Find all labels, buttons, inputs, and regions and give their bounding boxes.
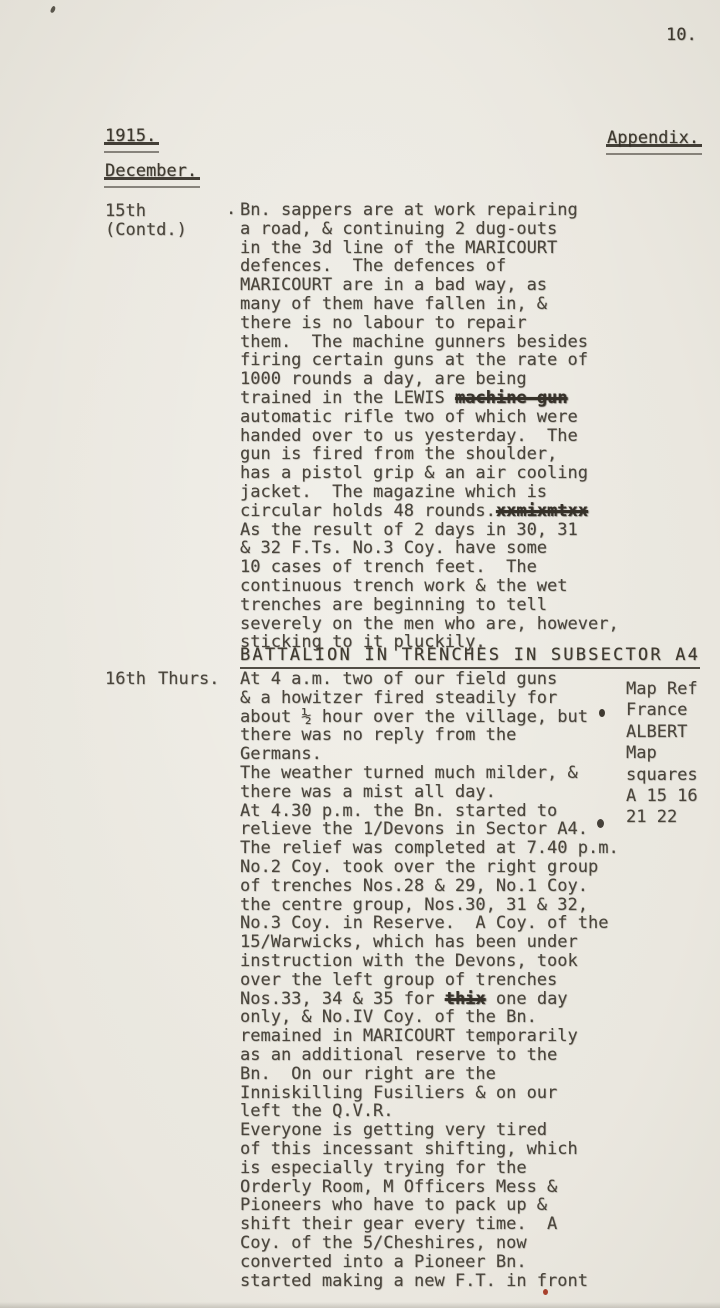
diary-text-line: shift their gear every time. A — [240, 1215, 619, 1234]
diary-text-line: No.3 Coy. in Reserve. A Coy. of the — [240, 914, 619, 933]
text-segment: there is no labour to repair — [240, 313, 527, 333]
diary-text-line: many of them have fallen in, & — [240, 295, 619, 314]
diary-text-line: defences. The defences of — [240, 257, 619, 276]
margin-note-map-ref: Map RefFranceALBERTMapsquaresA 15 1621 2… — [626, 679, 698, 829]
diary-text-line: left the Q.V.R. — [240, 1102, 619, 1121]
diary-entry-16th-text: At 4 a.m. two of our field guns& a howit… — [240, 670, 619, 1290]
text-segment: Everyone is getting very tired — [240, 1120, 547, 1140]
appendix-text: Appendix. — [607, 129, 699, 148]
text-segment: has a pistol grip & an air cooling — [240, 463, 588, 483]
section-heading-text: BATTALION IN TRENCHES IN SUBSECTOR A4 — [240, 645, 700, 669]
text-segment: Germans. — [240, 744, 322, 764]
diary-text-line: Germans. — [240, 745, 619, 764]
entry-day-thurs: Thurs. — [158, 670, 219, 689]
appendix-label: Appendix. — [607, 129, 699, 148]
text-segment: many of them have fallen in, & — [240, 294, 547, 314]
diary-text-line: continuous trench work & the wet — [240, 577, 619, 596]
text-segment: over the left group of trenches — [240, 970, 557, 990]
text-segment: At 4 a.m. two of our field guns — [240, 669, 557, 689]
text-segment: Coy. of the 5/Cheshires, now — [240, 1233, 527, 1253]
text-segment: converted into a Pioneer Bn. — [240, 1252, 527, 1272]
text-segment: No.3 Coy. in Reserve. A Coy. of the — [240, 913, 608, 933]
text-segment: & 32 F.Ts. No.3 Coy. have some — [240, 538, 547, 558]
text-segment: automatic rifle two of which were — [240, 407, 578, 427]
diary-text-line: At 4 a.m. two of our field guns — [240, 670, 619, 689]
ink-blob-margin-1 — [599, 709, 605, 717]
diary-text-line: severely on the men who are, however, — [240, 615, 619, 634]
year-label: 1915. — [105, 127, 156, 146]
diary-text-line: has a pistol grip & an air cooling — [240, 464, 619, 483]
text-segment: 1000 rounds a day, are being — [240, 369, 527, 389]
diary-text-line: in the 3d line of the MARICOURT — [240, 239, 619, 258]
text-segment: only, & No.IV Coy. of the Bn. — [240, 1007, 537, 1027]
diary-text-line: there is no labour to repair — [240, 314, 619, 333]
text-segment: shift their gear every time. A — [240, 1214, 557, 1234]
diary-text-line: firing certain guns at the rate of — [240, 351, 619, 370]
section-heading: BATTALION IN TRENCHES IN SUBSECTOR A4 — [240, 646, 700, 665]
diary-text-line: MARICOURT are in a bad way, as — [240, 276, 619, 295]
diary-text-line: The weather turned much milder, & — [240, 764, 619, 783]
year-text: 1915. — [105, 127, 156, 146]
diary-text-line: of trenches Nos.28 & 29, No.1 Coy. — [240, 877, 619, 896]
diary-text-line: is especially trying for the — [240, 1159, 619, 1178]
diary-text-line: there was no reply from the — [240, 726, 619, 745]
diary-text-line: handed over to us yesterday. The — [240, 427, 619, 446]
stray-dot: . — [226, 200, 236, 219]
diary-text-line: 10 cases of trench feet. The — [240, 558, 619, 577]
ink-blob-margin-2 — [597, 819, 604, 828]
month-label: December. — [105, 162, 197, 181]
text-segment: one day — [486, 989, 568, 1009]
margin-note-line: France — [626, 700, 698, 721]
text-segment: gun is fired from the shoulder, — [240, 444, 557, 464]
text-segment: handed over to us yesterday. The — [240, 426, 578, 446]
diary-text-line: only, & No.IV Coy. of the Bn. — [240, 1008, 619, 1027]
text-segment: circular holds 48 rounds. — [240, 501, 496, 521]
diary-text-line: & 32 F.Ts. No.3 Coy. have some — [240, 539, 619, 558]
diary-text-line: over the left group of trenches — [240, 971, 619, 990]
margin-note-line: Map — [626, 743, 698, 764]
diary-text-line: remained in MARICOURT temporarily — [240, 1027, 619, 1046]
text-segment: & a howitzer fired steadily for — [240, 688, 557, 708]
text-segment: 15/Warwicks, which has been under — [240, 932, 578, 952]
diary-text-line: As the result of 2 days in 30, 31 — [240, 521, 619, 540]
diary-text-line: automatic rifle two of which were — [240, 408, 619, 427]
diary-text-line: jacket. The magazine which is — [240, 483, 619, 502]
text-segment: there was a mist all day. — [240, 782, 496, 802]
text-segment: jacket. The magazine which is — [240, 482, 547, 502]
diary-text-line: Inniskilling Fusiliers & on our — [240, 1084, 619, 1103]
margin-note-line: ALBERT — [626, 722, 698, 743]
text-segment: The relief was completed at 7.40 p.m. — [240, 838, 619, 858]
text-segment: firing certain guns at the rate of — [240, 350, 588, 370]
diary-text-line: started making a new F.T. in front — [240, 1272, 619, 1291]
text-segment: the centre group, Nos.30, 31 & 32, — [240, 895, 588, 915]
diary-text-line: 1000 rounds a day, are being — [240, 370, 619, 389]
text-segment: in the 3d line of the MARICOURT — [240, 238, 557, 258]
text-segment: The weather turned much milder, & — [240, 763, 578, 783]
entry-date-16th: 16th — [105, 670, 146, 689]
text-segment: them. The machine gunners besides — [240, 332, 588, 352]
text-segment: As the result of 2 days in 30, 31 — [240, 520, 578, 540]
text-segment: is especially trying for the — [240, 1158, 527, 1178]
text-segment: a road, & continuing 2 dug-outs — [240, 219, 557, 239]
struck-text: machine gun — [455, 388, 568, 408]
text-segment: MARICOURT are in a bad way, as — [240, 275, 547, 295]
page-number: 10. — [666, 26, 697, 45]
diary-text-line: of this incessant shifting, which — [240, 1140, 619, 1159]
text-segment: started making a new F.T. in front — [240, 1271, 588, 1291]
diary-text-line: the centre group, Nos.30, 31 & 32, — [240, 896, 619, 915]
diary-text-line: Nos.33, 34 & 35 for thix one day — [240, 990, 619, 1009]
diary-text-line: them. The machine gunners besides — [240, 333, 619, 352]
diary-text-line: gun is fired from the shoulder, — [240, 445, 619, 464]
struck-text: thix — [445, 989, 486, 1009]
text-segment: defences. The defences of — [240, 256, 506, 276]
diary-text-line: 15/Warwicks, which has been under — [240, 933, 619, 952]
text-segment: of this incessant shifting, which — [240, 1139, 578, 1159]
text-segment: severely on the men who are, however, — [240, 614, 619, 634]
month-text: December. — [105, 162, 197, 181]
diary-text-line: trenches are beginning to tell — [240, 596, 619, 615]
text-segment: Orderly Room, M Officers Mess & — [240, 1177, 557, 1197]
text-segment: 10 cases of trench feet. The — [240, 557, 537, 577]
text-segment: Pioneers who have to pack up & — [240, 1195, 547, 1215]
diary-page: 10. 1915. Appendix. December. 15th (Cont… — [0, 0, 720, 1308]
margin-note-line: 21 22 — [626, 807, 698, 828]
scan-edge-bottom — [0, 1302, 720, 1308]
diary-text-line: a road, & continuing 2 dug-outs — [240, 220, 619, 239]
text-segment: Nos.33, 34 & 35 for — [240, 989, 445, 1009]
diary-text-line: Bn. sappers are at work repairing — [240, 201, 619, 220]
ink-speck-top-left — [50, 5, 57, 13]
text-segment: At 4.30 p.m. the Bn. started to — [240, 801, 557, 821]
margin-note-line: A 15 16 — [626, 786, 698, 807]
text-segment: trenches are beginning to tell — [240, 595, 547, 615]
diary-text-line: Orderly Room, M Officers Mess & — [240, 1178, 619, 1197]
diary-text-line: circular holds 48 rounds.xxmixmtxx — [240, 502, 619, 521]
diary-text-line: Bn. On our right are the — [240, 1065, 619, 1084]
diary-text-line: as an additional reserve to the — [240, 1046, 619, 1065]
diary-text-line: Everyone is getting very tired — [240, 1121, 619, 1140]
diary-text-line: about ½ hour over the village, but — [240, 708, 619, 727]
text-segment: Bn. On our right are the — [240, 1064, 496, 1084]
diary-text-line: there was a mist all day. — [240, 783, 619, 802]
diary-text-line: At 4.30 p.m. the Bn. started to — [240, 802, 619, 821]
diary-entry-15th-text: Bn. sappers are at work repairinga road,… — [240, 201, 619, 652]
text-segment: as an additional reserve to the — [240, 1045, 557, 1065]
text-segment: about ½ hour over the village, but — [240, 707, 588, 727]
margin-note-line: Map Ref — [626, 679, 698, 700]
struck-text: xxmixmtxx — [496, 501, 588, 521]
entry-date-contd: (Contd.) — [105, 221, 187, 240]
text-segment: Inniskilling Fusiliers & on our — [240, 1083, 557, 1103]
text-segment: continuous trench work & the wet — [240, 576, 568, 596]
diary-text-line: trained in the LEWIS machine gun — [240, 389, 619, 408]
diary-text-line: relieve the 1/Devons in Sector A4. — [240, 820, 619, 839]
text-segment: left the Q.V.R. — [240, 1101, 394, 1121]
text-segment: relieve the 1/Devons in Sector A4. — [240, 819, 588, 839]
text-segment: No.2 Coy. took over the right group — [240, 857, 598, 877]
diary-text-line: No.2 Coy. took over the right group — [240, 858, 619, 877]
diary-text-line: Coy. of the 5/Cheshires, now — [240, 1234, 619, 1253]
text-segment: instruction with the Devons, took — [240, 951, 578, 971]
text-segment: there was no reply from the — [240, 725, 516, 745]
margin-note-line: squares — [626, 765, 698, 786]
entry-date-15th: 15th — [105, 202, 146, 221]
diary-text-line: instruction with the Devons, took — [240, 952, 619, 971]
diary-text-line: & a howitzer fired steadily for — [240, 689, 619, 708]
text-segment: remained in MARICOURT temporarily — [240, 1026, 578, 1046]
diary-text-line: converted into a Pioneer Bn. — [240, 1253, 619, 1272]
text-segment: of trenches Nos.28 & 29, No.1 Coy. — [240, 876, 588, 896]
text-segment: Bn. sappers are at work repairing — [240, 200, 578, 220]
diary-text-line: Pioneers who have to pack up & — [240, 1196, 619, 1215]
text-segment: trained in the LEWIS — [240, 388, 455, 408]
diary-text-line: The relief was completed at 7.40 p.m. — [240, 839, 619, 858]
red-speck-bottom — [543, 1289, 548, 1295]
